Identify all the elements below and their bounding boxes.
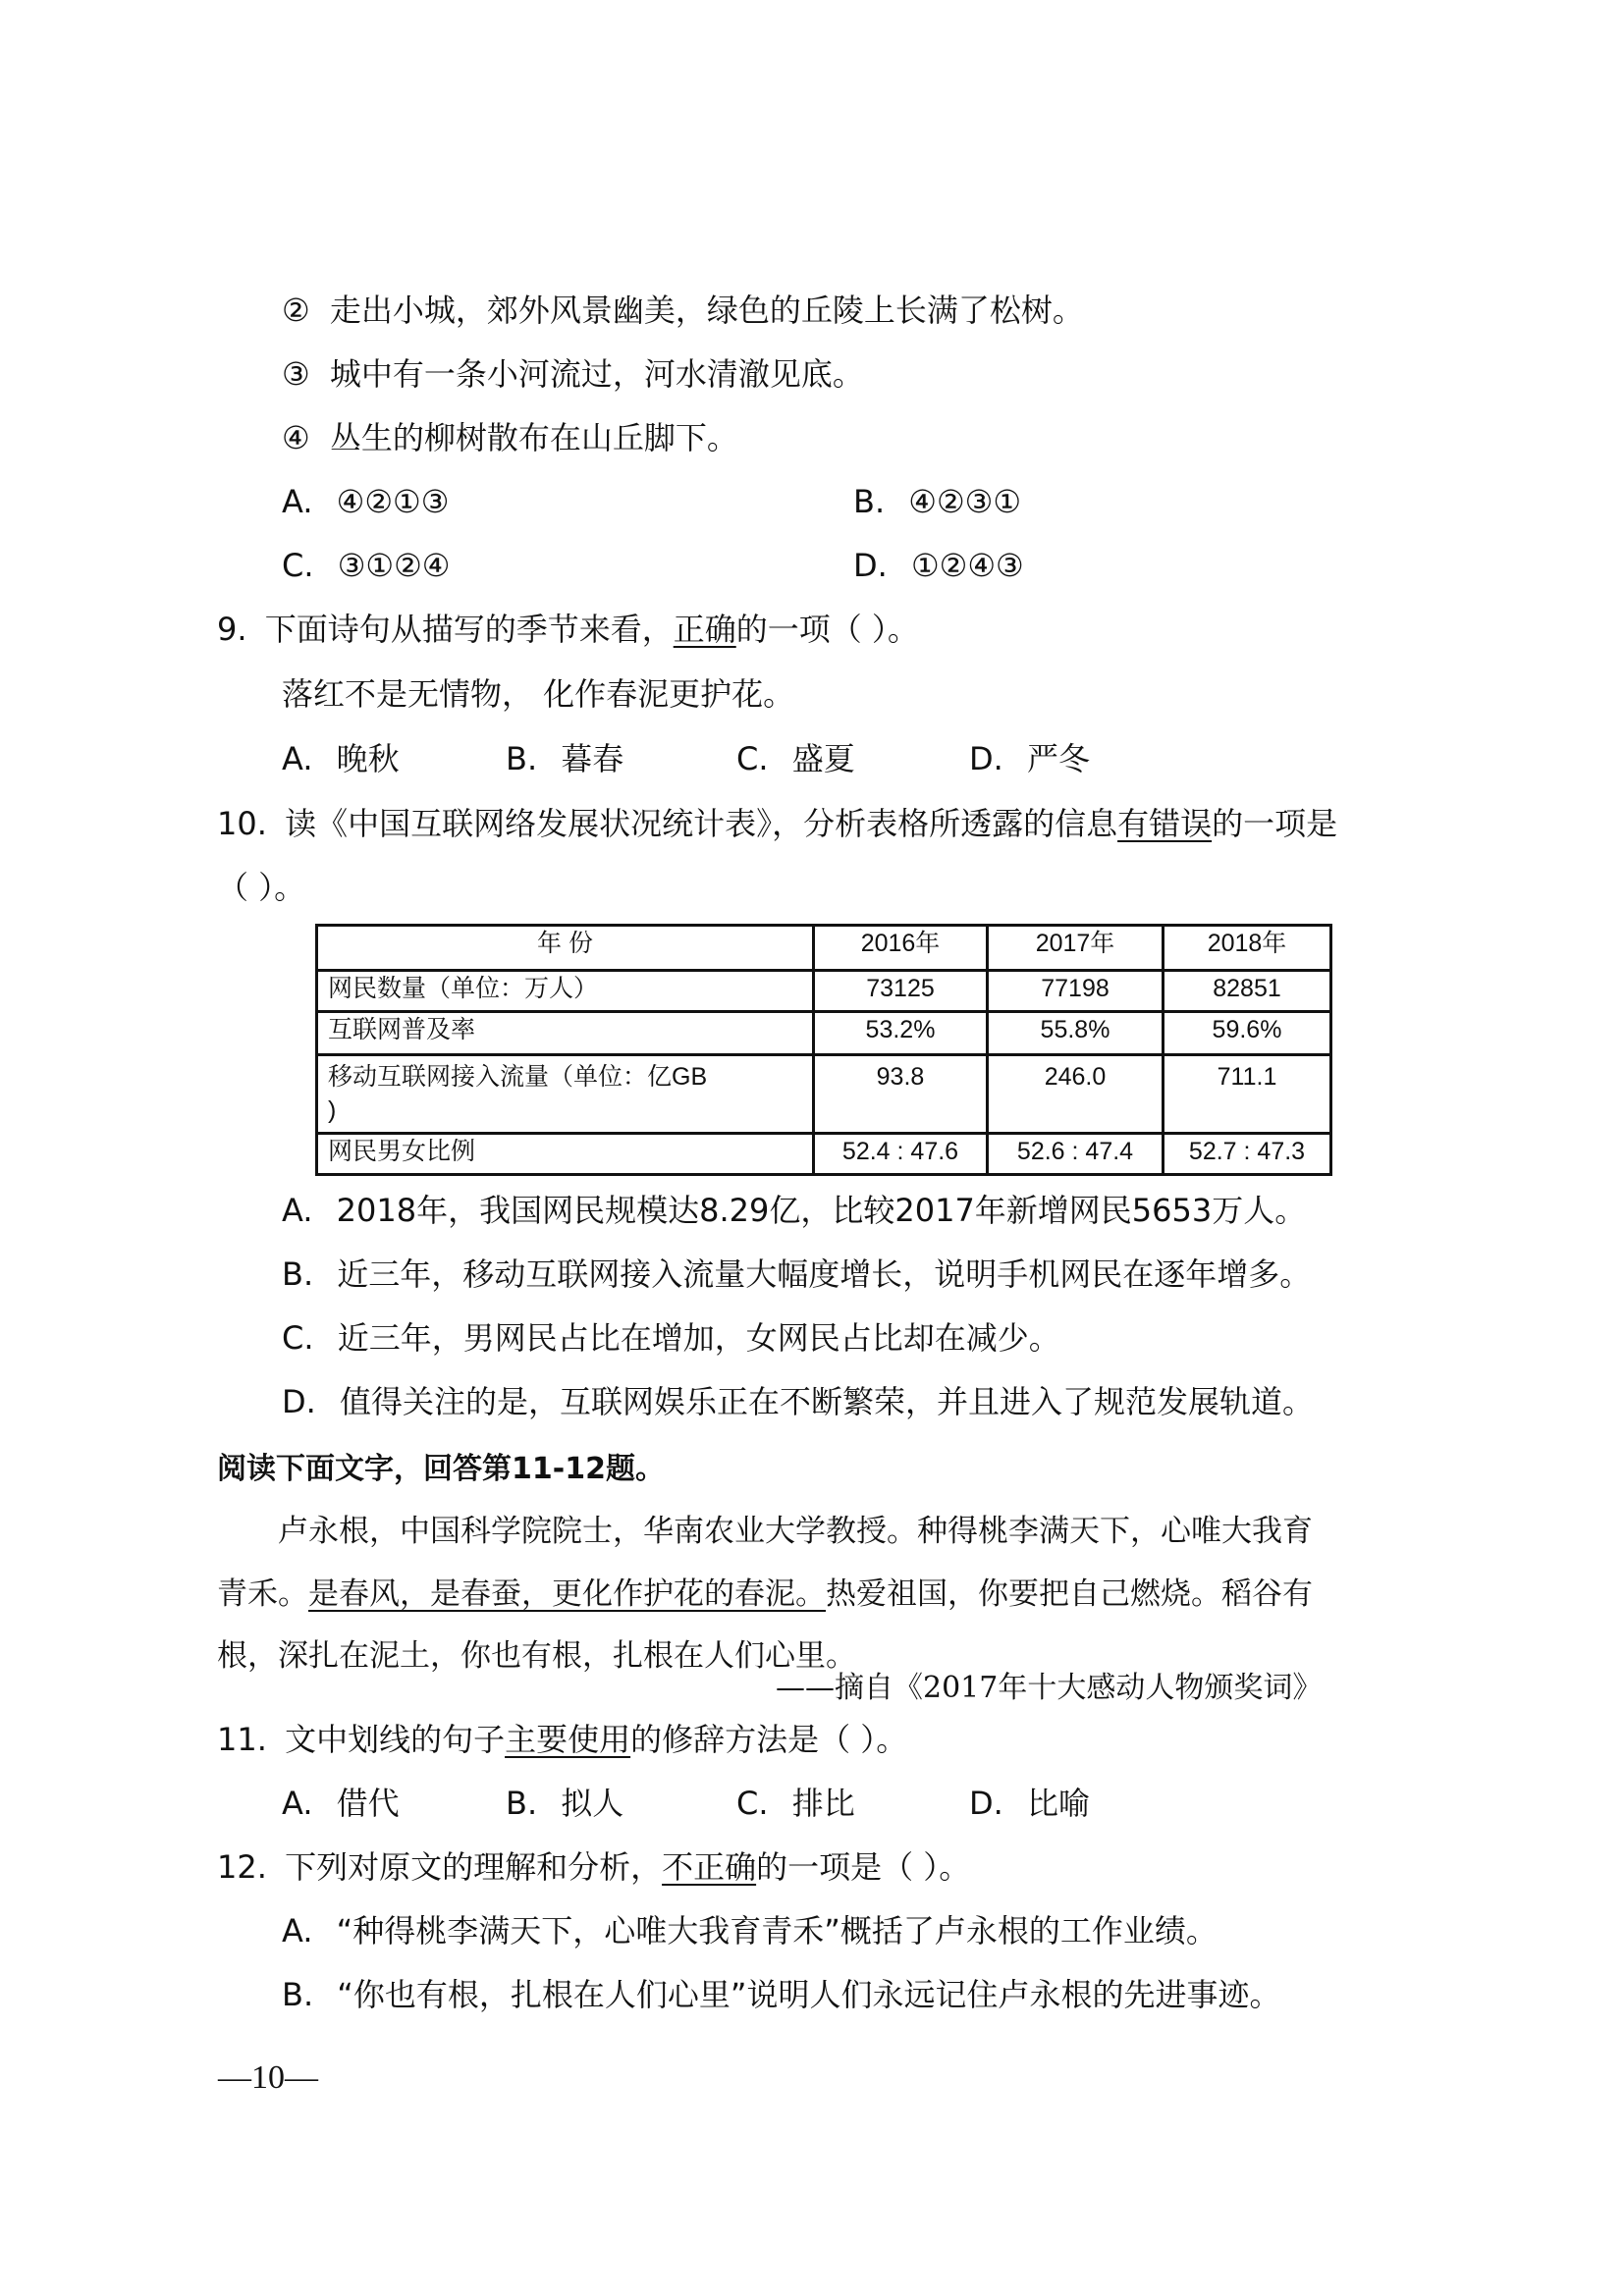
question-number: 11. <box>217 1721 267 1758</box>
table-row: 移动互联网接入流量（单位：亿GB ) 93.8 246.0 711.1 <box>317 1055 1331 1134</box>
q8-item-2: ② 走出小城，郊外风景幽美，绿色的丘陵上长满了松树。 <box>282 291 1084 330</box>
table-row-label: 网民男女比例 <box>317 1134 814 1175</box>
option-text: ①②④③ <box>911 547 1024 584</box>
option-text: 严冬 <box>1027 740 1090 777</box>
option-label: C. <box>282 547 314 584</box>
option-text: ③①②④ <box>338 547 451 584</box>
q10-option-d[interactable]: D. 值得关注的是，互联网娱乐正在不断繁荣，并且进入了规范发展轨道。 <box>282 1382 1314 1421</box>
table-cell: 52.4 : 47.6 <box>814 1134 988 1175</box>
table-cell: 711.1 <box>1164 1055 1331 1134</box>
option-label: D. <box>853 547 888 584</box>
option-label: A. <box>282 1192 313 1229</box>
q10-stem: 10. 读《中国互联网络发展状况统计表》，分析表格所透露的信息有错误的一项是 <box>217 804 1337 843</box>
option-label: C. <box>736 1785 769 1822</box>
table-header-row: 年 份 2016年 2017年 2018年 <box>317 926 1331 971</box>
stem-emphasis: 正确 <box>674 611 736 648</box>
option-text: 拟人 <box>561 1785 623 1822</box>
stem-text: 的修辞方法是（ ）。 <box>630 1721 907 1758</box>
stem-text: 的一项是 <box>1212 805 1337 842</box>
page-number: —10— <box>218 2059 318 2097</box>
q9-option-a[interactable]: A. 晚秋 <box>282 739 400 778</box>
passage-line-1: 卢永根，中国科学院院士，华南农业大学教授。种得桃李满天下，心唯大我育 <box>278 1512 1313 1551</box>
q9-option-b[interactable]: B. 暮春 <box>506 739 623 778</box>
q8-option-a[interactable]: A. ④②①③ <box>282 482 449 521</box>
q8-item-text: 丛生的柳树散布在山丘脚下。 <box>330 419 738 456</box>
q11-option-b[interactable]: B. 拟人 <box>506 1784 623 1823</box>
table-cell: 93.8 <box>814 1055 988 1134</box>
reading-heading: 阅读下面文字，回答第11-12题。 <box>217 1450 665 1489</box>
q11-stem: 11. 文中划线的句子主要使用的修辞方法是（ ）。 <box>217 1720 907 1759</box>
question-number: 10. <box>217 805 267 842</box>
table-row: 网民男女比例 52.4 : 47.6 52.6 : 47.4 52.7 : 47… <box>317 1134 1331 1175</box>
q11-option-a[interactable]: A. 借代 <box>282 1784 400 1823</box>
option-label: B. <box>853 483 885 520</box>
option-label: B. <box>282 1255 313 1293</box>
q8-option-b[interactable]: B. ④②③① <box>853 482 1021 521</box>
internet-stats-table: 年 份 2016年 2017年 2018年 网民数量（单位：万人） 73125 … <box>315 924 1332 1176</box>
q10-stem-line2: （ ）。 <box>217 868 305 907</box>
passage-line-2: 青禾。是春风，是春蚕，更化作护花的春泥。热爱祖国，你要把自己燃烧。稻谷有 <box>217 1575 1313 1614</box>
passage-source: ——摘自《2017年十大感动人物颁奖词》 <box>776 1669 1322 1708</box>
option-label: D. <box>969 1785 1003 1822</box>
option-label: B. <box>506 1785 537 1822</box>
q8-item-text: 走出小城，郊外风景幽美，绿色的丘陵上长满了松树。 <box>330 292 1084 329</box>
table-cell: 53.2% <box>814 1012 988 1055</box>
q9-option-c[interactable]: C. 盛夏 <box>736 739 855 778</box>
option-label: C. <box>736 740 769 777</box>
q12-option-a[interactable]: A. “种得桃李满天下，心唯大我育青禾”概括了卢永根的工作业绩。 <box>282 1911 1218 1950</box>
option-text: ④②①③ <box>337 483 450 520</box>
q9-quote: 落红不是无情物， 化作春泥更护花。 <box>282 674 794 714</box>
option-label: C. <box>282 1319 314 1357</box>
table-row: 网民数量（单位：万人） 73125 77198 82851 <box>317 971 1331 1012</box>
table-row-label: 移动互联网接入流量（单位：亿GB ) <box>317 1055 814 1134</box>
q11-option-c[interactable]: C. 排比 <box>736 1784 855 1823</box>
option-text: 近三年，移动互联网接入流量大幅度增长，说明手机网民在逐年增多。 <box>337 1255 1311 1293</box>
table-cell: 55.8% <box>988 1012 1164 1055</box>
option-text: 借代 <box>337 1785 400 1822</box>
q8-item-text: 城中有一条小河流过，河水清澈见底。 <box>330 355 864 393</box>
stem-text: 下列对原文的理解和分析， <box>285 1848 662 1886</box>
table-cell: 246.0 <box>988 1055 1164 1134</box>
table-cell: 59.6% <box>1164 1012 1331 1055</box>
q8-item-marker: ③ <box>282 355 310 393</box>
stem-emphasis: 有错误 <box>1117 805 1212 842</box>
q10-option-c[interactable]: C. 近三年，男网民占比在增加，女网民占比却在减少。 <box>282 1318 1060 1358</box>
q8-option-d[interactable]: D. ①②④③ <box>853 546 1024 585</box>
option-text: “种得桃李满天下，心唯大我育青禾”概括了卢永根的工作业绩。 <box>337 1912 1218 1949</box>
table-row-label-line2: ) <box>328 1094 802 1127</box>
q10-option-a[interactable]: A. 2018年，我国网民规模达8.29亿，比较2017年新增网民5653万人。 <box>282 1191 1306 1230</box>
option-label: D. <box>969 740 1003 777</box>
option-text: 值得关注的是，互联网娱乐正在不断繁荣，并且进入了规范发展轨道。 <box>340 1383 1314 1420</box>
q11-option-d[interactable]: D. 比喻 <box>969 1784 1090 1823</box>
option-label: A. <box>282 483 313 520</box>
q9-stem: 9. 下面诗句从描写的季节来看，正确的一项（ ）。 <box>217 610 919 649</box>
table-header-cell: 年 份 <box>317 926 814 971</box>
q8-item-3: ③ 城中有一条小河流过，河水清澈见底。 <box>282 354 864 394</box>
table-row: 互联网普及率 53.2% 55.8% 59.6% <box>317 1012 1331 1055</box>
option-label: A. <box>282 740 313 777</box>
question-number: 12. <box>217 1848 267 1886</box>
q12-option-b[interactable]: B. “你也有根，扎根在人们心里”说明人们永远记住卢永根的先进事迹。 <box>282 1975 1280 2014</box>
option-text: 暮春 <box>561 740 623 777</box>
table-header-cell: 2018年 <box>1164 926 1331 971</box>
table-cell: 52.6 : 47.4 <box>988 1134 1164 1175</box>
table-row-label-line1: 移动互联网接入流量（单位：亿GB <box>328 1060 802 1094</box>
stem-emphasis: 不正确 <box>662 1848 756 1886</box>
q8-item-4: ④ 丛生的柳树散布在山丘脚下。 <box>282 418 738 457</box>
q8-item-marker: ② <box>282 292 310 329</box>
question-number: 9. <box>217 611 247 648</box>
table-header-cell: 2017年 <box>988 926 1164 971</box>
option-text: 比喻 <box>1027 1785 1090 1822</box>
option-label: B. <box>282 1976 313 2013</box>
option-text: 盛夏 <box>792 740 855 777</box>
stem-text: 的一项是（ ）。 <box>756 1848 970 1886</box>
option-text: 近三年，男网民占比在增加，女网民占比却在减少。 <box>338 1319 1060 1357</box>
option-text: 晚秋 <box>337 740 400 777</box>
option-text: 排比 <box>792 1785 855 1822</box>
q9-option-d[interactable]: D. 严冬 <box>969 739 1090 778</box>
option-label: A. <box>282 1912 313 1949</box>
table-cell: 52.7 : 47.3 <box>1164 1134 1331 1175</box>
table-row-label: 网民数量（单位：万人） <box>317 971 814 1012</box>
passage-line-3: 根，深扎在泥土，你也有根，扎根在人们心里。 <box>217 1636 856 1676</box>
option-text: “你也有根，扎根在人们心里”说明人们永远记住卢永根的先进事迹。 <box>337 1976 1280 2013</box>
q8-option-c[interactable]: C. ③①②④ <box>282 546 450 585</box>
stem-text: 文中划线的句子 <box>285 1721 505 1758</box>
option-label: D. <box>282 1383 316 1420</box>
q12-stem: 12. 下列对原文的理解和分析，不正确的一项是（ ）。 <box>217 1847 970 1887</box>
table-cell: 73125 <box>814 971 988 1012</box>
option-label: A. <box>282 1785 313 1822</box>
q10-option-b[interactable]: B. 近三年，移动互联网接入流量大幅度增长，说明手机网民在逐年增多。 <box>282 1255 1311 1294</box>
q8-item-marker: ④ <box>282 419 310 456</box>
option-label: B. <box>506 740 537 777</box>
passage-text: 青禾。 <box>217 1576 308 1612</box>
stem-emphasis: 主要使用 <box>505 1721 630 1758</box>
table-row-label: 互联网普及率 <box>317 1012 814 1055</box>
stem-text: 读《中国互联网络发展状况统计表》，分析表格所透露的信息 <box>285 805 1117 842</box>
passage-underlined-sentence: 是春风，是春蚕，更化作护花的春泥。 <box>308 1576 826 1612</box>
stem-text: 下面诗句从描写的季节来看， <box>265 611 674 648</box>
option-text: 2018年，我国网民规模达8.29亿，比较2017年新增网民5653万人。 <box>337 1192 1307 1229</box>
table-header-cell: 2016年 <box>814 926 988 971</box>
passage-text: 热爱祖国，你要把自己燃烧。稻谷有 <box>826 1576 1313 1612</box>
table-cell: 82851 <box>1164 971 1331 1012</box>
option-text: ④②③① <box>908 483 1021 520</box>
table-cell: 77198 <box>988 971 1164 1012</box>
stem-text: 的一项（ ）。 <box>736 611 919 648</box>
